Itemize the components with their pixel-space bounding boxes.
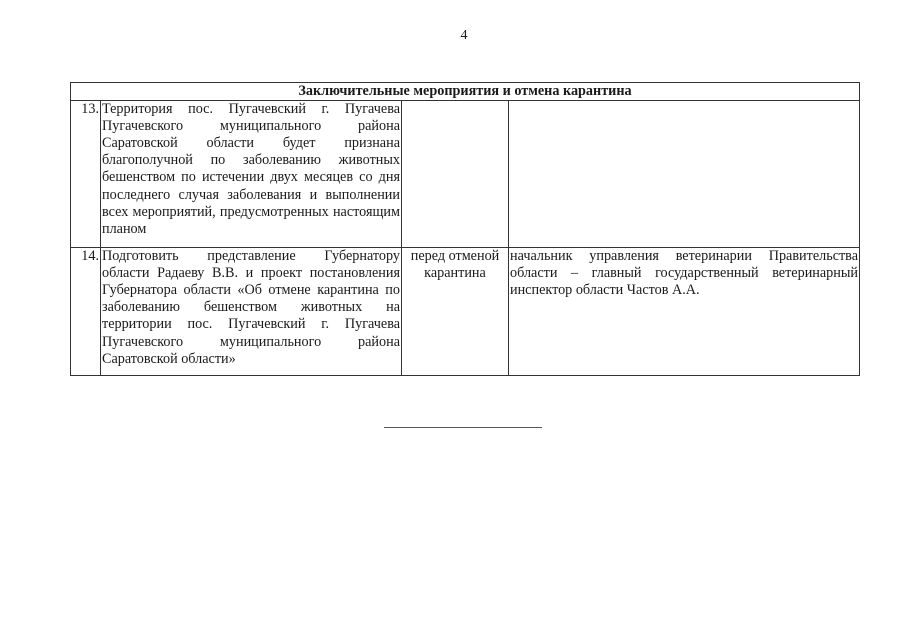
table-row: 14. Подготовить представление Губернатор…	[71, 248, 860, 376]
row-number: 13.	[71, 101, 101, 248]
measure-deadline	[402, 101, 509, 248]
row-number: 14.	[71, 248, 101, 376]
measure-responsible	[509, 101, 860, 248]
measure-description: Территория пос. Пугачевский г. Пугачева …	[101, 101, 402, 248]
section-title: Заключительные мероприятия и отмена кара…	[71, 83, 860, 101]
section-header-row: Заключительные мероприятия и отмена кара…	[71, 83, 860, 101]
table-row: 13. Территория пос. Пугачевский г. Пугач…	[71, 101, 860, 248]
closing-divider-line	[384, 427, 542, 428]
page-number: 4	[0, 28, 905, 44]
measure-deadline: перед отменой карантина	[402, 248, 509, 376]
quarantine-plan-table: Заключительные мероприятия и отмена кара…	[70, 82, 860, 376]
measure-responsible: начальник управления ветеринарии Правите…	[509, 248, 860, 376]
measure-description: Подготовить представление Губернатору об…	[101, 248, 402, 376]
